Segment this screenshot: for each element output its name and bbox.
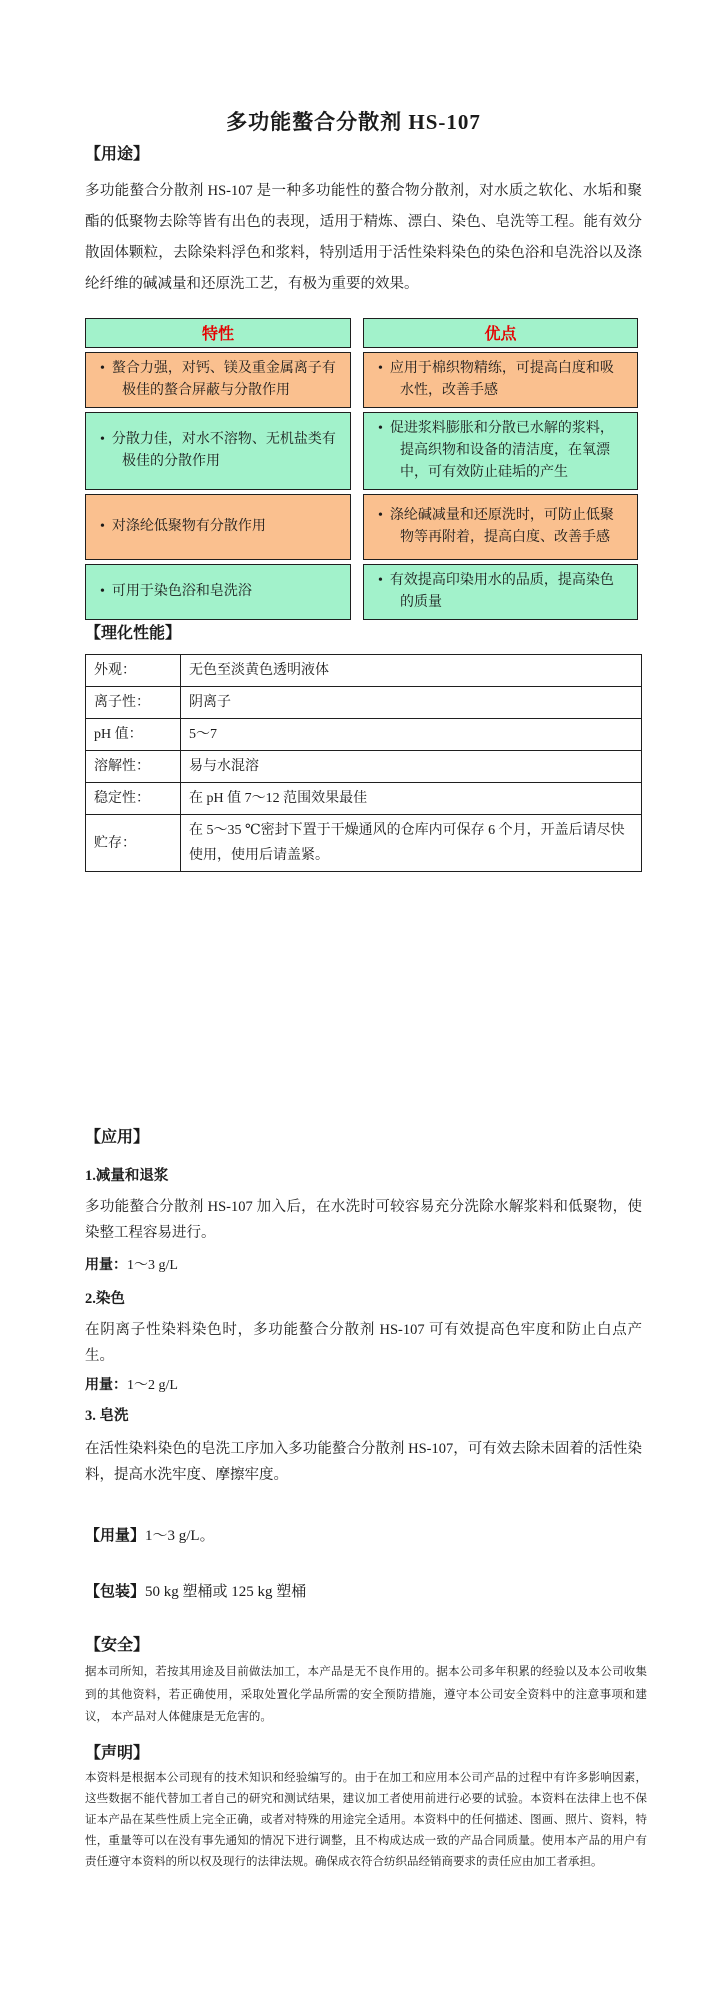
advantage-cell: 应用于棉织物精练，可提高白度和吸水性，改善手感	[363, 352, 638, 408]
property-value: 阴离子	[181, 687, 642, 719]
advantage-text: 应用于棉织物精练，可提高白度和吸水性，改善手感	[378, 358, 627, 402]
declaration-section-heading: 【声明】	[85, 1740, 149, 1763]
property-value: 5～7	[181, 719, 642, 751]
application-item-title: 1.减量和退浆	[85, 1164, 168, 1185]
property-value: 无色至淡黄色透明液体	[181, 655, 642, 687]
table-row: 离子性： 阴离子	[86, 687, 642, 719]
feature-text: 螯合力强，对钙、镁及重金属离子有极佳的螯合屏蔽与分散作用	[100, 358, 340, 402]
feature-cell: 可用于染色浴和皂洗浴	[85, 564, 351, 620]
property-value: 在 pH 值 7～12 范围效果最佳	[181, 783, 642, 815]
application-item-body: 在阴离子性染料染色时，多功能螯合分散剂 HS-107 可有效提高色牢度和防止白点…	[85, 1317, 642, 1369]
advantage-text: 促进浆料膨胀和分散已水解的浆料，提高织物和设备的清洁度，在氧漂中，可有效防止硅垢…	[378, 418, 627, 484]
feature-text: 可用于染色浴和皂洗浴	[100, 581, 252, 603]
property-label: 外观：	[86, 655, 181, 687]
table-row: 外观： 无色至淡黄色透明液体	[86, 655, 642, 687]
advantage-text: 有效提高印染用水的品质，提高染色的质量	[378, 570, 627, 614]
application-item-body: 多功能螯合分散剂 HS-107 加入后，在水洗时可较容易充分洗除水解浆料和低聚物…	[85, 1194, 642, 1246]
declaration-paragraph: 本资料是根据本公司现有的技术知识和经验编写的。由于在加工和应用本公司产品的过程中…	[85, 1768, 647, 1873]
dosage-label: 用量：	[85, 1378, 127, 1393]
dosage-value: 1～2 g/L	[127, 1378, 178, 1393]
usage-section-heading: 【用途】	[85, 141, 149, 164]
packaging-block-value: 50 kg 塑桶或 125 kg 塑桶	[145, 1584, 306, 1600]
table-row: 贮存： 在 5～35 ℃密封下置于干燥通风的仓库内可保存 6 个月，开盖后请尽快…	[86, 815, 642, 872]
features-advantages-table: 特性 优点 螯合力强，对钙、镁及重金属离子有极佳的螯合屏蔽与分散作用 应用于棉织…	[85, 318, 642, 620]
dosage-block-value: 1～3 g/L。	[145, 1528, 215, 1544]
features-column-header: 特性	[85, 318, 351, 348]
property-label: 贮存：	[86, 815, 181, 872]
feature-text: 分散力佳，对水不溶物、无机盐类有极佳的分散作用	[100, 429, 340, 473]
dosage-label: 用量：	[85, 1258, 127, 1273]
feature-cell: 对涤纶低聚物有分散作用	[85, 494, 351, 560]
property-label: 离子性：	[86, 687, 181, 719]
packaging-block: 【包装】50 kg 塑桶或 125 kg 塑桶	[85, 1580, 306, 1601]
feature-cell: 螯合力强，对钙、镁及重金属离子有极佳的螯合屏蔽与分散作用	[85, 352, 351, 408]
safety-paragraph: 据本司所知，若按其用途及目前做法加工，本产品是无不良作用的。据本公司多年积累的经…	[85, 1661, 647, 1729]
application-item-title: 2.染色	[85, 1287, 125, 1308]
feature-text: 对涤纶低聚物有分散作用	[100, 516, 266, 538]
dosage-line: 用量：1～3 g/L	[85, 1254, 178, 1274]
dosage-value: 1～3 g/L	[127, 1258, 178, 1273]
application-item-title: 3. 皂洗	[85, 1404, 129, 1425]
dosage-line: 用量：1～2 g/L	[85, 1374, 178, 1394]
application-item-body: 在活性染料染色的皂洗工序加入多功能螯合分散剂 HS-107，可有效去除未固着的活…	[85, 1436, 642, 1488]
table-row: pH 值： 5～7	[86, 719, 642, 751]
usage-paragraph: 多功能螯合分散剂 HS-107 是一种多功能性的螯合物分散剂，对水质之软化、水垢…	[85, 176, 642, 300]
feature-cell: 分散力佳，对水不溶物、无机盐类有极佳的分散作用	[85, 412, 351, 490]
properties-table: 外观： 无色至淡黄色透明液体 离子性： 阴离子 pH 值： 5～7 溶解性： 易…	[85, 654, 642, 872]
advantage-cell: 促进浆料膨胀和分散已水解的浆料，提高织物和设备的清洁度，在氧漂中，可有效防止硅垢…	[363, 412, 638, 490]
dosage-block-label: 【用量】	[85, 1528, 145, 1544]
property-value: 易与水混溶	[181, 751, 642, 783]
table-row: 稳定性： 在 pH 值 7～12 范围效果最佳	[86, 783, 642, 815]
advantages-column-header: 优点	[363, 318, 638, 348]
property-value: 在 5～35 ℃密封下置于干燥通风的仓库内可保存 6 个月，开盖后请尽快使用，使…	[181, 815, 642, 872]
property-label: 稳定性：	[86, 783, 181, 815]
page-title: 多功能螯合分散剂 HS-107	[0, 106, 707, 136]
properties-section-heading: 【理化性能】	[85, 620, 181, 643]
application-section-heading: 【应用】	[85, 1124, 149, 1147]
property-label: 溶解性：	[86, 751, 181, 783]
safety-section-heading: 【安全】	[85, 1632, 149, 1655]
packaging-block-label: 【包装】	[85, 1584, 145, 1600]
property-label: pH 值：	[86, 719, 181, 751]
dosage-block: 【用量】1～3 g/L。	[85, 1524, 215, 1545]
advantage-text: 涤纶碱减量和还原洗时，可防止低聚物等再附着，提高白度、改善手感	[378, 505, 627, 549]
advantage-cell: 有效提高印染用水的品质，提高染色的质量	[363, 564, 638, 620]
advantage-cell: 涤纶碱减量和还原洗时，可防止低聚物等再附着，提高白度、改善手感	[363, 494, 638, 560]
product-datasheet-page: 多功能螯合分散剂 HS-107 【用途】 多功能螯合分散剂 HS-107 是一种…	[0, 0, 707, 2000]
table-row: 溶解性： 易与水混溶	[86, 751, 642, 783]
